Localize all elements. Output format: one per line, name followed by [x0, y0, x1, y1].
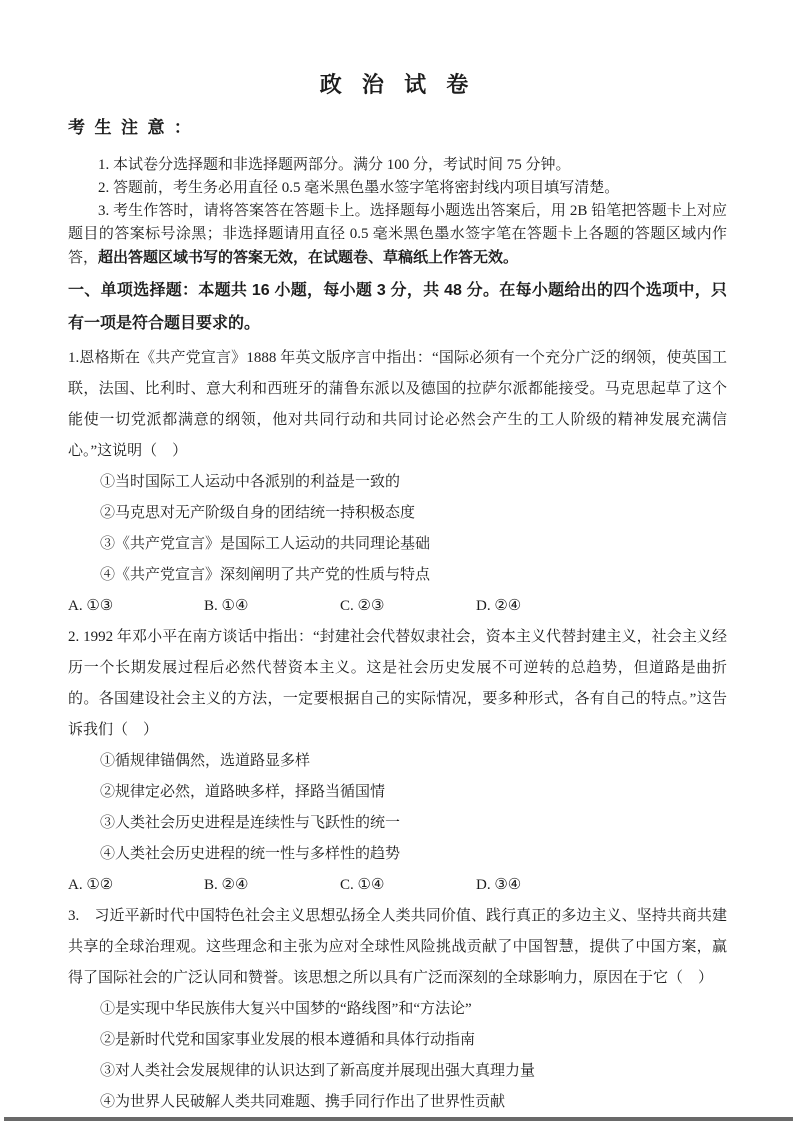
question-1-choices: A. ①③ B. ①④ C. ②③ D. ②④	[68, 591, 727, 622]
exam-paper-page: 政 治 试 卷 考 生 注 意 ： 1. 本试卷分选择题和非选择题两部分。满分 …	[0, 0, 793, 1122]
notice-list: 1. 本试卷分选择题和非选择题两部分。满分 100 分，考试时间 75 分钟。 …	[68, 154, 727, 270]
paper-title: 政 治 试 卷	[68, 0, 727, 102]
question-1: 1.恩格斯在《共产党宣言》1888 年英文版序言中指出：“国际必须有一个充分广泛…	[68, 343, 727, 622]
question-1-stem: 1.恩格斯在《共产党宣言》1888 年英文版序言中指出：“国际必须有一个充分广泛…	[68, 343, 727, 467]
question-2-choice-a: A. ①②	[68, 870, 204, 901]
question-2-choices: A. ①② B. ②④ C. ①④ D. ③④	[68, 870, 727, 901]
question-2-item-3: ③人类社会历史进程是连续性与飞跃性的统一	[68, 808, 727, 839]
question-1-choice-b: B. ①④	[204, 591, 340, 622]
question-1-choice-c: C. ②③	[340, 591, 476, 622]
notice-item-2: 2. 答题前，考生务必用直径 0.5 毫米黑色墨水签字笔将密封线内项目填写清楚。	[68, 177, 727, 200]
section-1-header: 一、单项选择题：本题共 16 小题，每小题 3 分，共 48 分。在每小题给出的…	[68, 274, 727, 340]
question-3-item-1: ①是实现中华民族伟大复兴中国梦的“路线图”和“方法论”	[68, 994, 727, 1025]
question-3: 3. 习近平新时代中国特色社会主义思想弘扬全人类共同价值、践行真正的多边主义、坚…	[68, 901, 727, 1118]
question-1-item-4: ④《共产党宣言》深刻阐明了共产党的性质与特点	[68, 560, 727, 591]
question-1-choice-a: A. ①③	[68, 591, 204, 622]
question-list: 1.恩格斯在《共产党宣言》1888 年英文版序言中指出：“国际必须有一个充分广泛…	[68, 343, 727, 1118]
notice-item-1: 1. 本试卷分选择题和非选择题两部分。满分 100 分，考试时间 75 分钟。	[68, 154, 727, 177]
notice-heading: 考 生 注 意 ：	[68, 116, 727, 140]
question-3-item-4: ④为世界人民破解人类共同难题、携手同行作出了世界性贡献	[68, 1087, 727, 1118]
question-1-item-3: ③《共产党宣言》是国际工人运动的共同理论基础	[68, 529, 727, 560]
question-2-stem: 2. 1992 年邓小平在南方谈话中指出：“封建社会代替奴隶社会，资本主义代替封…	[68, 622, 727, 746]
notice-item-3: 3. 考生作答时，请将答案答在答题卡上。选择题每小题选出答案后，用 2B 铅笔把…	[68, 200, 727, 270]
question-2-item-2: ②规律定必然，道路映多样，择路当循国情	[68, 777, 727, 808]
question-2-item-4: ④人类社会历史进程的统一性与多样性的趋势	[68, 839, 727, 870]
page-bottom-edge	[4, 1117, 793, 1121]
question-2-choice-d: D. ③④	[476, 870, 727, 901]
question-2-choice-c: C. ①④	[340, 870, 476, 901]
question-1-choice-d: D. ②④	[476, 591, 727, 622]
question-2-item-1: ①循规律锚偶然，选道路显多样	[68, 746, 727, 777]
question-3-item-3: ③对人类社会发展规律的认识达到了新高度并展现出强大真理力量	[68, 1056, 727, 1087]
question-2-choice-b: B. ②④	[204, 870, 340, 901]
question-1-item-1: ①当时国际工人运动中各派别的利益是一致的	[68, 467, 727, 498]
question-1-item-2: ②马克思对无产阶级自身的团结统一持积极态度	[68, 498, 727, 529]
question-2: 2. 1992 年邓小平在南方谈话中指出：“封建社会代替奴隶社会，资本主义代替封…	[68, 622, 727, 901]
question-3-stem: 3. 习近平新时代中国特色社会主义思想弘扬全人类共同价值、践行真正的多边主义、坚…	[68, 901, 727, 994]
page-content: 政 治 试 卷 考 生 注 意 ： 1. 本试卷分选择题和非选择题两部分。满分 …	[68, 0, 727, 1118]
question-3-item-2: ②是新时代党和国家事业发展的根本遵循和具体行动指南	[68, 1025, 727, 1056]
notice-item-3-bold-text: 超出答题区域书写的答案无效，在试题卷、草稿纸上作答无效。	[98, 249, 518, 266]
